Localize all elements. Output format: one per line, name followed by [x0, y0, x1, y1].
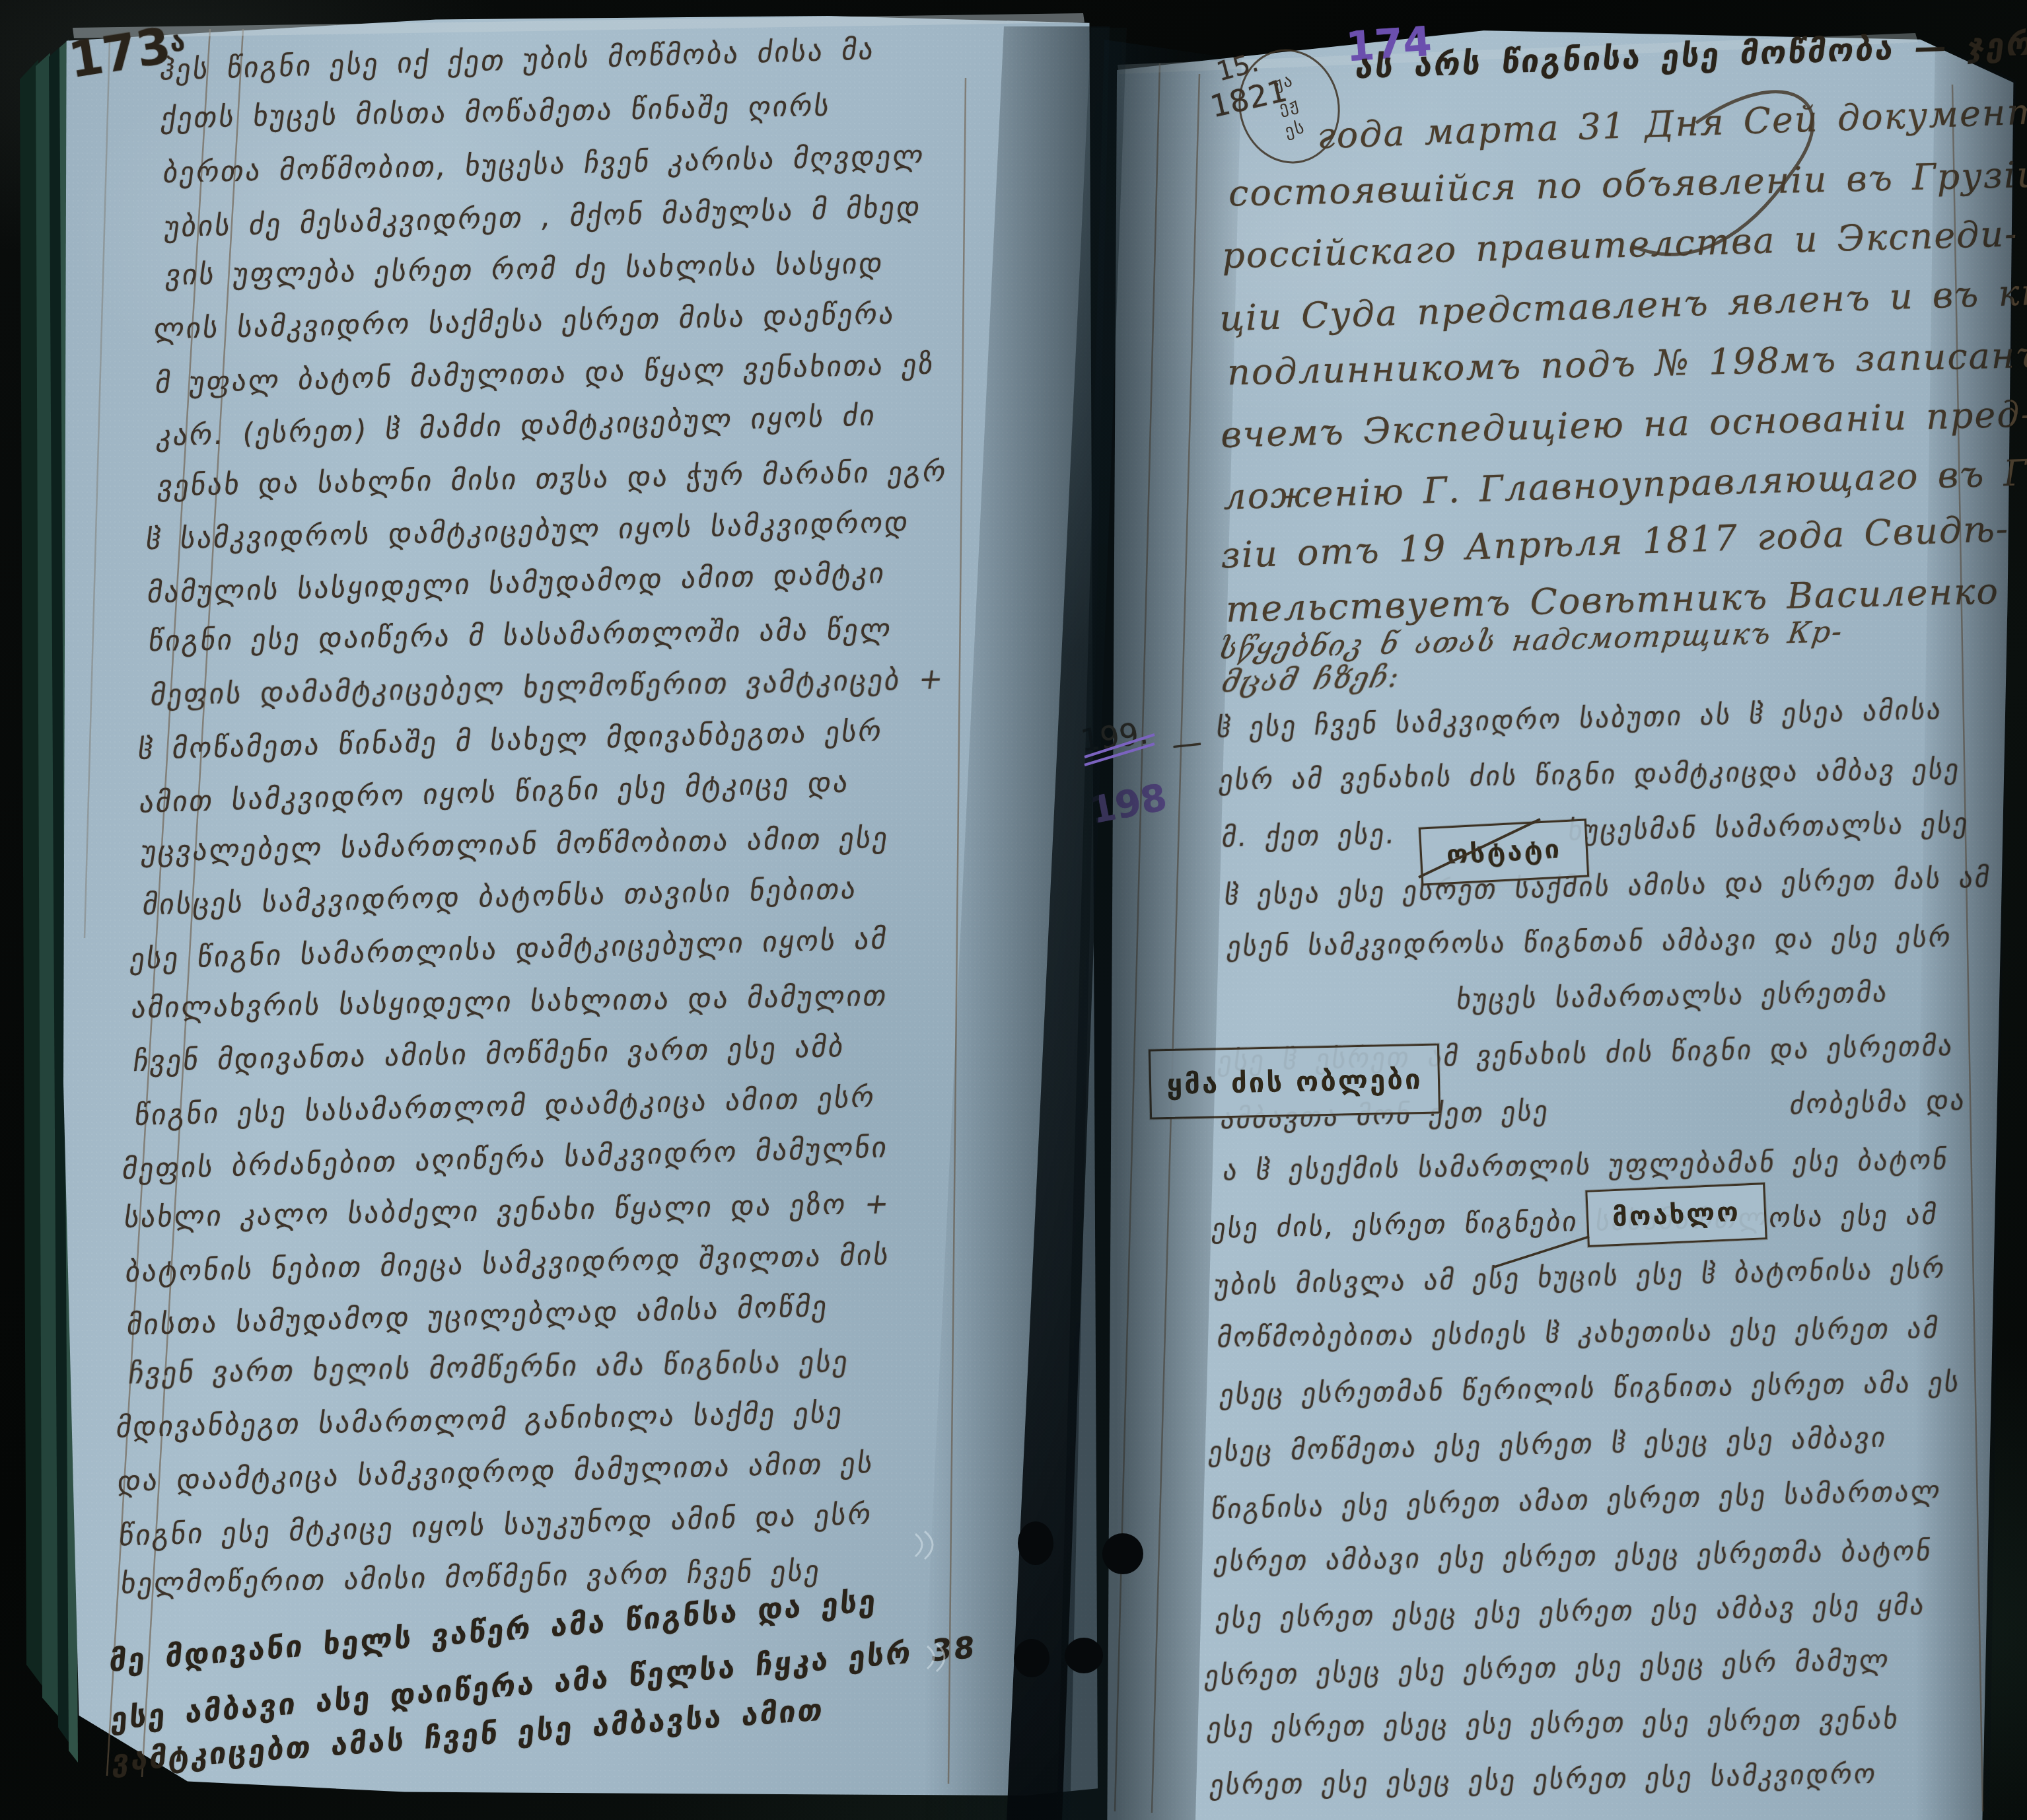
boxed-word-1: ოსტატი — [1419, 819, 1589, 885]
page-edge-strip — [36, 53, 59, 1718]
scanned-manuscript-photo: 173ა ჰეს წიგნი ესე იქ ქეთ უბის მოწმობა ძ… — [0, 0, 2027, 1820]
boxed-word-2: ყმა ძის ობლები — [1149, 1043, 1440, 1119]
page-edge-strip — [20, 59, 46, 1691]
circled-clerk-note-text: ჟა ეჟ ეს — [1271, 69, 1308, 143]
boxed-word-1-text: ოსტატი — [1446, 834, 1562, 870]
old-folio-number: 199. — [1079, 717, 1150, 756]
old-folio-dash: — — [1170, 727, 1204, 760]
boxed-word-2-text: ყმა ძის ობლები — [1166, 1062, 1423, 1100]
boxed-word-3: მოახლო — [1585, 1183, 1767, 1247]
handwriting-line: მცამ ჩზეჩ: — [1220, 663, 1402, 698]
boxed-word-3-text: მოახლო — [1612, 1197, 1741, 1233]
